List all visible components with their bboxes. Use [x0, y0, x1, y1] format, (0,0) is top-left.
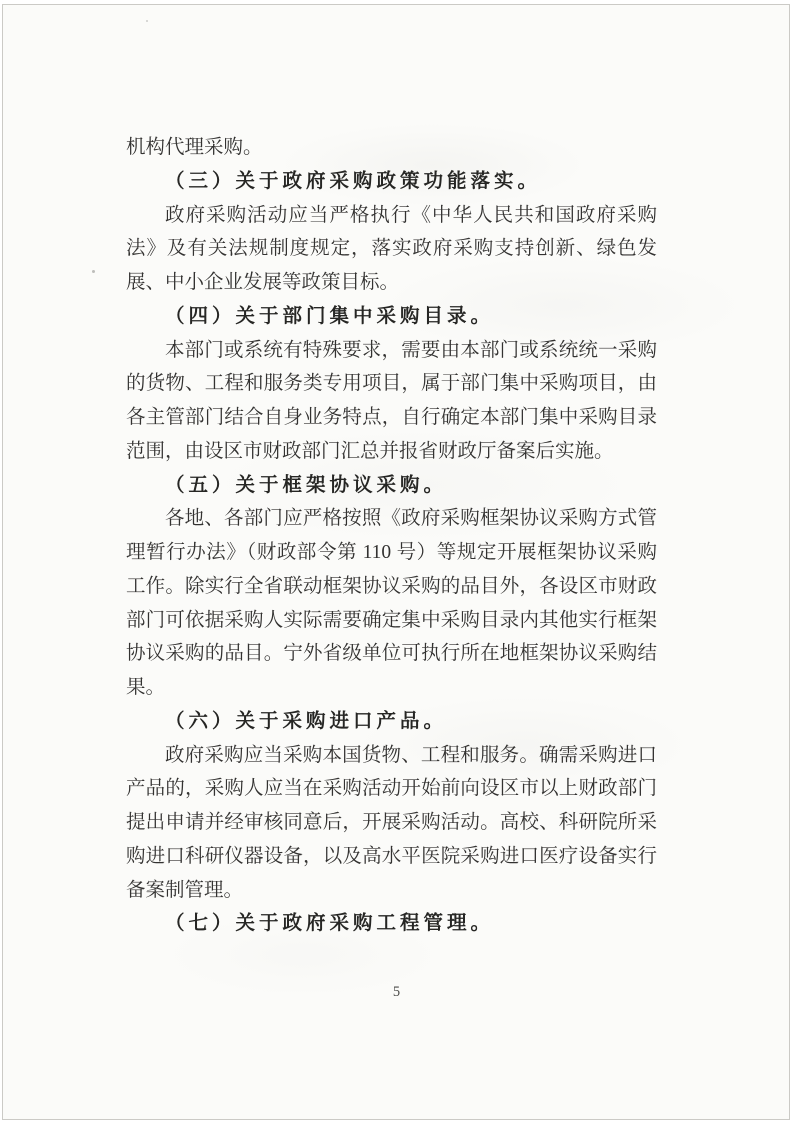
- scan-speck-artifact: [92, 270, 95, 273]
- section-6-paragraph: 政府采购应当采购本国货物、工程和服务。确需采购进口产品的，采购人应当在采购活动开…: [126, 739, 657, 908]
- section-5-paragraph: 各地、各部门应严格按照《政府采购框架协议采购方式管理暂行办法》（财政部令第 11…: [126, 502, 657, 705]
- section-heading-3: （三）关于政府采购政策功能落实。: [126, 165, 657, 199]
- document-body: 机构代理采购。 （三）关于政府采购政策功能落实。 政府采购活动应当严格执行《中华…: [126, 131, 657, 941]
- paragraph-continuation: 机构代理采购。: [126, 131, 657, 165]
- section-heading-7: （七）关于政府采购工程管理。: [126, 907, 657, 941]
- page-number: 5: [0, 984, 793, 1001]
- scan-speck-artifact: [146, 20, 148, 22]
- section-heading-6: （六）关于采购进口产品。: [126, 705, 657, 739]
- section-4-paragraph: 本部门或系统有特殊要求，需要由本部门或系统统一采购的货物、工程和服务类专用项目，…: [126, 334, 657, 469]
- section-heading-4: （四）关于部门集中采购目录。: [126, 300, 657, 334]
- section-heading-5: （五）关于框架协议采购。: [126, 469, 657, 503]
- section-3-paragraph: 政府采购活动应当严格执行《中华人民共和国政府采购法》及有关法规制度规定，落实政府…: [126, 199, 657, 300]
